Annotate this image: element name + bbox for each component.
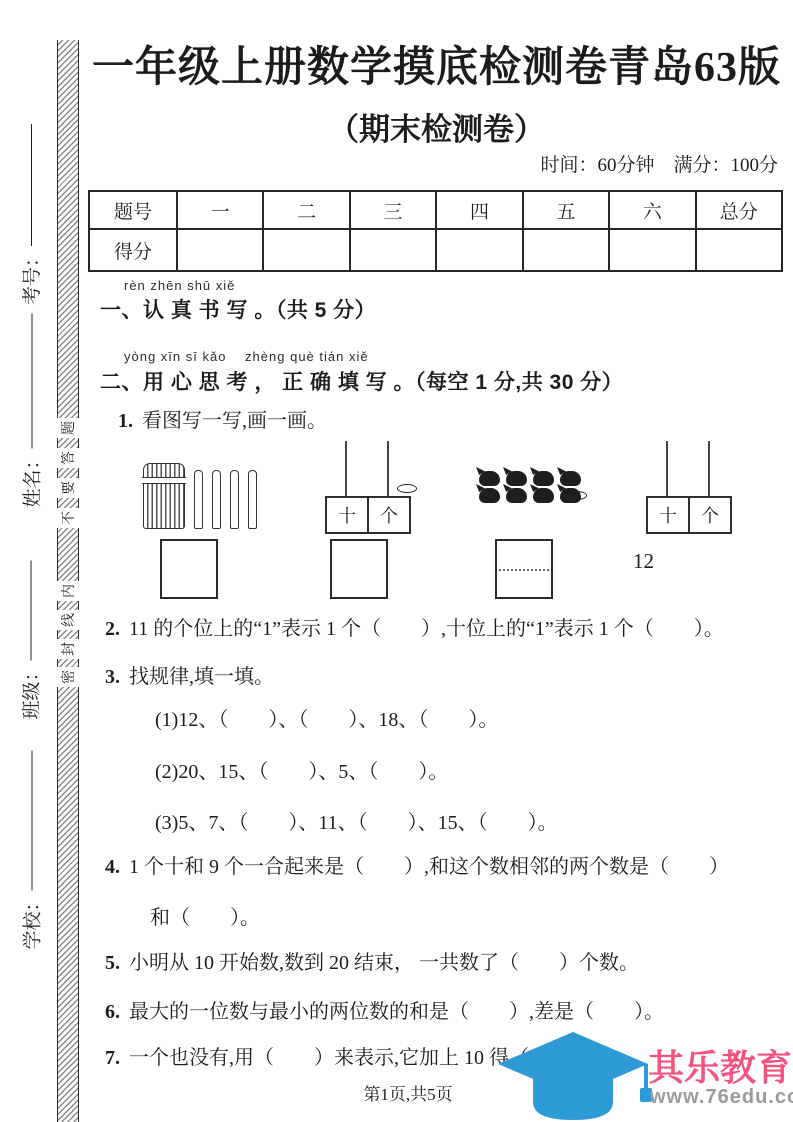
answer-box: [160, 539, 218, 599]
score-header-cell: 总分: [696, 191, 782, 229]
time-score-info: 时间：60分钟 满分：100分: [88, 150, 778, 177]
section-1-title: 一、认 真 书 写 。（共 5 分）: [88, 294, 788, 324]
question-3-number: 3.: [105, 666, 120, 688]
question-4: 4.1 个十和 9 个一合起来是（ ）,和这个数相邻的两个数是（ ）: [105, 850, 729, 879]
question-5-number: 5.: [105, 952, 120, 974]
ones-cell-label: 个: [367, 498, 409, 532]
stick-bundle-icon: [143, 463, 185, 529]
fish-icon: [533, 488, 554, 503]
question-6-number: 6.: [105, 1001, 120, 1023]
brand-name: 其乐教育: [648, 1040, 792, 1091]
question-3: 3.找规律,填一填。: [105, 660, 274, 689]
seal-char: 内: [55, 581, 81, 601]
fish-icon: [479, 488, 500, 503]
place-value-counter-empty: 十 个: [646, 441, 732, 534]
class-field: 班级：: [18, 545, 42, 720]
fish-icon: [533, 471, 554, 486]
seal-line-strip: 题 答 要 不 内 线 封 密: [57, 40, 79, 1122]
stick-icon: [212, 470, 221, 529]
score-empty-cell: [263, 229, 349, 271]
stick-icon: [248, 470, 257, 529]
question-1: 1.看图写一写,画一画。: [118, 404, 327, 433]
answer-box: [330, 539, 388, 599]
question-7-number: 7.: [105, 1047, 120, 1069]
question-1-figures: 十 个 十 个: [88, 440, 783, 535]
fish-icon: [479, 471, 500, 486]
counter-base: 十 个: [325, 496, 411, 534]
student-name-label: 姓名：: [17, 450, 44, 507]
fish-icon: [560, 488, 581, 503]
ones-rod: [708, 441, 710, 500]
fish-icon: [560, 471, 581, 486]
exam-number-label: 考号：: [17, 248, 44, 305]
tens-rod: [666, 441, 668, 500]
ones-rod: [387, 441, 389, 500]
seal-char: 不: [55, 508, 81, 528]
section-2-pinyin: yòng xīn sī kǎo zhèng què tián xiě: [124, 346, 788, 365]
seal-char: 题: [55, 418, 81, 438]
question-1-answer-boxes: 12: [88, 535, 783, 605]
answer-box-dotted: [495, 539, 553, 599]
score-empty-cell: [177, 229, 263, 271]
score-empty-cell: [523, 229, 609, 271]
score-header-cell: 六: [609, 191, 695, 229]
score-header-cell: 一: [177, 191, 263, 229]
score-header-cell: 题号: [89, 191, 177, 229]
question-4-text-line2: 和（ ）。: [150, 901, 260, 930]
score-empty-cell: [696, 229, 782, 271]
seal-char: 线: [55, 610, 81, 630]
question-3-item-2: (2)20、15、（ ）、5、（ ）。: [155, 755, 448, 784]
question-5-text: 小明从 10 开始数,数到 20 结束， 一共数了（ ）个数。: [129, 952, 639, 974]
graduation-cap-icon: [488, 1030, 658, 1122]
stick-icon: [194, 470, 203, 529]
section-1: rèn zhēn shū xiě 一、认 真 书 写 。（共 5 分）: [88, 278, 788, 324]
place-value-counter-with-beads: 十 个: [325, 441, 411, 534]
school-blank-line: [29, 750, 32, 890]
score-table-header-row: 题号 一 二 三 四 五 六 总分: [89, 191, 782, 229]
seal-char: 答: [55, 448, 81, 468]
section-1-pinyin: rèn zhēn shū xiě: [124, 278, 788, 293]
seal-char: 要: [55, 478, 81, 498]
score-header-cell: 五: [523, 191, 609, 229]
given-number-12: 12: [633, 549, 654, 574]
school-label: 学校：: [17, 892, 44, 949]
counter-base: 十 个: [646, 496, 732, 534]
section-2-title: 二、用 心 思 考 ， 正 确 填 写 。（每空 1 分,共 30 分）: [88, 366, 788, 396]
class-label: 班级：: [16, 662, 43, 719]
score-header-cell: 二: [263, 191, 349, 229]
school-field: 学校：: [19, 735, 43, 950]
score-empty-cell: [350, 229, 436, 271]
brand-url: www.76edu.com: [650, 1086, 793, 1109]
stick-icon: [230, 470, 239, 529]
student-name-blank-line: [29, 313, 32, 448]
question-6: 6.最大的一位数与最小的两位数的和是（ ）,差是（ ）。: [105, 995, 664, 1024]
score-header-cell: 四: [436, 191, 522, 229]
fish-icon: [506, 488, 527, 503]
seal-char: 封: [55, 639, 81, 659]
ones-cell-label: 个: [688, 498, 730, 532]
question-2-text: 11 的个位上的“1”表示 1 个（ ）,十位上的“1”表示 1 个（ ）。: [129, 618, 724, 640]
seal-char: 密: [55, 667, 81, 687]
exam-number-field: 考号：: [18, 115, 42, 305]
question-2-number: 2.: [105, 618, 120, 640]
question-3-item-1: (1)12、（ ）、（ ）、18、（ ）。: [155, 703, 498, 732]
score-empty-cell: [609, 229, 695, 271]
tens-rod: [345, 441, 347, 500]
section-2: yòng xīn sī kǎo zhèng què tián xiě 二、用 心…: [88, 346, 788, 396]
score-empty-cell: [436, 229, 522, 271]
page-title: 一年级上册数学摸底检测卷青岛63版: [88, 34, 785, 94]
question-1-text: 看图写一写,画一画。: [142, 410, 327, 432]
class-blank-line: [28, 560, 31, 660]
score-row-label: 得分: [89, 229, 177, 271]
student-name-field: 姓名：: [19, 303, 43, 508]
tens-cell-label: 十: [327, 498, 367, 532]
fish-row: [476, 488, 584, 503]
question-3-item-3: (3)5、7、（ ）、11、（ ）、15、（ ）。: [155, 806, 558, 835]
question-4-number: 4.: [105, 856, 120, 878]
page-subtitle: （期末检测卷）: [88, 104, 785, 149]
sticks-figure: [143, 463, 257, 529]
bead-icon: [397, 484, 417, 493]
fish-row: [476, 471, 584, 486]
tens-cell-label: 十: [648, 498, 688, 532]
exam-number-blank-line: [29, 124, 32, 246]
question-1-number: 1.: [118, 410, 133, 432]
exam-paper-page: 考号： 姓名： 班级： 学校： 题 答 要 不 内 线 封 密 一年级上册数学摸…: [0, 0, 793, 1122]
question-6-text: 最大的一位数与最小的两位数的和是（ ）,差是（ ）。: [129, 1001, 664, 1023]
question-3-text: 找规律,填一填。: [129, 666, 274, 688]
fish-icon: [506, 471, 527, 486]
question-2: 2.11 的个位上的“1”表示 1 个（ ）,十位上的“1”表示 1 个（ ）。: [105, 612, 724, 641]
question-5: 5.小明从 10 开始数,数到 20 结束， 一共数了（ ）个数。: [105, 946, 639, 975]
score-header-cell: 三: [350, 191, 436, 229]
score-table-score-row: 得分: [89, 229, 782, 271]
question-4-text-line1: 1 个十和 9 个一合起来是（ ）,和这个数相邻的两个数是（ ）: [129, 856, 729, 878]
fish-group-figure: [476, 471, 584, 505]
score-table: 题号 一 二 三 四 五 六 总分 得分: [88, 190, 783, 272]
